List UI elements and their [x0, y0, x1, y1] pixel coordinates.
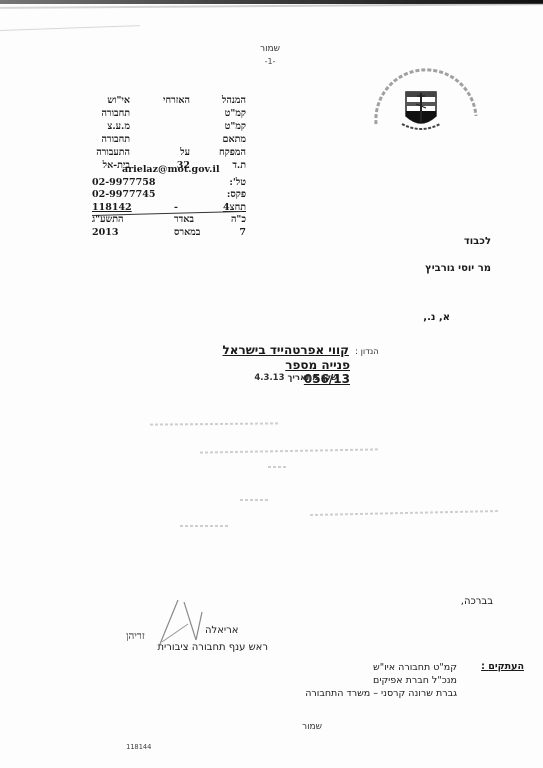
scanned-letter-page: שמור -1- המנהל קמ"ט קמ"ט מתאם המפקח ת.ד … — [0, 0, 543, 768]
gregorian-date-day: 7 — [239, 227, 246, 240]
faded-body-line — [240, 499, 270, 501]
sender-line: תחבורה — [96, 133, 130, 146]
cc-label-text: העתקים — [488, 661, 524, 672]
classification-header: שמור — [245, 44, 295, 54]
sender-line: קמ"ט — [219, 120, 246, 133]
ministry-emblem-icon — [372, 64, 482, 134]
faded-body-line — [150, 422, 280, 425]
faded-body-line — [268, 466, 288, 468]
subject-date-reference: שלך מתאריך 4.3.13 — [250, 373, 342, 383]
cc-recipient: מנכ"ל חברת אפיקים — [305, 674, 457, 687]
closing-regards: בברכה, — [461, 596, 493, 607]
page-number: -1- — [255, 57, 285, 66]
reference-number: 118142 — [92, 202, 132, 215]
sender-col-1: המנהל קמ"ט קמ"ט מתאם המפקח ת.ד — [219, 94, 246, 172]
sender-line: מ.ע.צ — [96, 120, 130, 133]
sender-line — [163, 107, 190, 120]
classification-footer: שמור — [302, 722, 322, 732]
sender-line: המפקח — [219, 146, 246, 159]
recipient-name: מר יוסי גורביץ — [425, 263, 491, 274]
sender-line: המנהל — [219, 94, 246, 107]
sender-line — [163, 133, 190, 146]
signer-last-name: זריהן — [126, 631, 145, 642]
handwritten-signature — [150, 598, 210, 648]
sender-line: מתאם — [219, 133, 246, 146]
sender-col-3: אי"וש תחבורה מ.ע.צ תחבורה התעבורה בית-אל — [96, 94, 130, 172]
cc-list: קמ"ט תחבורה איו"ש מנכ"ל חברת אפיקים גברת… — [305, 661, 457, 700]
faded-body-line — [180, 525, 230, 527]
phone-label: טל': — [229, 177, 246, 190]
faded-body-line — [310, 510, 500, 516]
fax-number: 02-9977745 — [92, 189, 155, 202]
sender-line: תחבורה — [96, 107, 130, 120]
greeting: א, נ., — [423, 312, 450, 323]
paper-fold-line — [0, 25, 140, 31]
hebrew-date-year: התשע"ג — [92, 214, 123, 227]
cc-recipient: גברת שרונה קרסני – משרד התחבורה — [305, 687, 457, 700]
recipient-salutation: לכבוד — [464, 236, 491, 247]
faded-body-line — [200, 448, 380, 453]
subject-label: הנדון : — [355, 347, 379, 357]
gregorian-date-year: 2013 — [92, 227, 118, 240]
sender-line: קמ"ט — [219, 107, 246, 120]
sender-col-2: האזרחי על 32 — [163, 94, 190, 172]
fax-label: פקס: — [227, 189, 246, 202]
document-number: 118144 — [126, 743, 151, 751]
subject-title: קווי אפרטהייד בישראל — [213, 343, 349, 357]
cc-recipient: קמ"ט תחבורה איו"ש — [305, 661, 457, 674]
sender-line: על — [163, 146, 190, 159]
signer-title: ראש ענף תחבורה ציבורית — [126, 642, 268, 653]
sender-line: האזרחי — [163, 94, 190, 107]
hebrew-date-day: כ"ה — [231, 214, 246, 227]
contact-block: arielaz@mot.gov.il טל': 02-9977758 פקס: … — [86, 164, 246, 239]
email-address[interactable]: arielaz@mot.gov.il — [122, 164, 220, 177]
sender-line: התעבורה — [96, 146, 130, 159]
cc-label: העתקים : — [481, 661, 524, 672]
phone-number: 02-9977758 — [92, 177, 155, 190]
sender-line — [163, 120, 190, 133]
hebrew-date-month: באדר — [174, 214, 194, 227]
gregorian-date-month: במארס — [174, 227, 200, 240]
signer-first-name: אריאלה — [205, 625, 238, 636]
sender-line: אי"וש — [96, 94, 130, 107]
